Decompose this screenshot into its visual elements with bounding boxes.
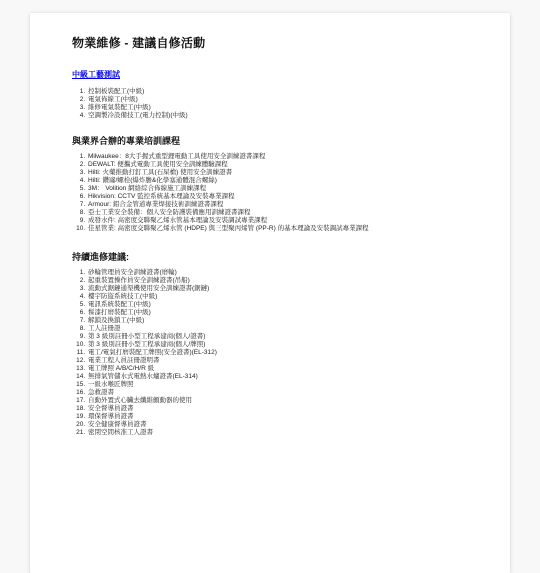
list-item: Armour: 鋁合金管道專業焊接技術訓練證書課程 [87, 201, 470, 209]
list-item: 工人註冊證 [87, 325, 470, 333]
document-page: 物業維修 - 建議自修活動 中級工藝測試 控制板裝配工(中級)電氣佈線工(中級)… [30, 13, 510, 405]
list-item: 電訊系統裝配工(中級) [87, 301, 470, 309]
list-item: 第 3 級別註冊小型工程承建商(個人/證書) [87, 333, 470, 341]
intermediate-trade-test-list: 控制板裝配工(中級)電氣佈線工(中級)維修電氣裝配工(中級)空調製冷設備技工(電… [72, 88, 470, 120]
list-item: 自動外置式心臟去纖維顫動器的使用 [87, 397, 470, 405]
list-item: 第 3 級別註冊小型工程承建商(個人/牌照) [87, 341, 470, 349]
list-item: 砂輪管理員安全訓練證書(磨輪) [87, 269, 470, 277]
list-item: Hilti: 火藥推動打釘工具(石屎槍) 使用安全訓練證書 [87, 169, 470, 177]
list-item: 解鎖及換鎖工(中級) [87, 317, 470, 325]
list-item: Hilti: 鑽窿/螺栓(爆炸膽&化學塞通體混合螺絲) [87, 177, 470, 185]
document-content: 物業維修 - 建議自修活動 中級工藝測試 控制板裝配工(中級)電氣佈線工(中級)… [30, 13, 510, 405]
list-item: 空調製冷設備技工(電力控制)(中級) [87, 112, 470, 120]
industry-courses-heading: 與業界合辦的專業培訓課程 [72, 134, 470, 147]
page-title: 物業維修 - 建議自修活動 [72, 34, 470, 51]
list-item: 無排氣管儲水式電熱水爐證書(EL-314) [87, 373, 470, 381]
intermediate-trade-test-link[interactable]: 中級工藝測試 [72, 69, 120, 80]
list-item: 電業工程人員註冊證明書 [87, 357, 470, 365]
list-item: 佳星管業: 高密度交聯聚乙烯水管 (HDPE) 與三型聚丙烯管 (PP-R) 的… [87, 225, 470, 233]
list-item: 電工/電氣打磨裝配工牌照(安全證書)(EL-312) [87, 349, 470, 357]
continuing-education-list: 砂輪管理員安全訓練證書(磨輪)起重裝置操作員安全訓練證書(吊船)流動式鋸鏈通渠機… [72, 269, 470, 405]
list-item: DEWALT: 便攜式電動工具使用安全訓練體驗課程 [87, 161, 470, 169]
list-item: Milwaukee：8大手握式重型鋰電動工具使用安全訓練證書課程 [87, 153, 470, 161]
list-item: 急救證書 [87, 389, 470, 397]
continuing-education-heading: 持續進修建議: [72, 250, 470, 263]
list-item: 電氣佈線工(中級) [87, 96, 470, 104]
list-item: 維修電氣裝配工(中級) [87, 104, 470, 112]
list-item: 3M： Volition 網絡綜合佈線施工訓練課程 [87, 185, 470, 193]
list-item: 電工牌照 A/B/C/H/R 級 [87, 365, 470, 373]
list-item: 流動式鋸鏈通渠機使用安全訓練證書(鋸鏈) [87, 285, 470, 293]
list-item: 起重裝置操作員安全訓練證書(吊船) [87, 277, 470, 285]
list-item: 成發水件: 高密度交聯聚乙烯水管基本理論及安裝調試專業課程 [87, 217, 470, 225]
list-item: Hikvision: CCTV 監控系統基本理論及安裝專業課程 [87, 193, 470, 201]
list-item: 控制板裝配工(中級) [87, 88, 470, 96]
list-item: 樓宇防盜系統技工(中級) [87, 293, 470, 301]
list-item: 髹漆打磨裝配工(中級) [87, 309, 470, 317]
industry-courses-list: Milwaukee：8大手握式重型鋰電動工具使用安全訓練證書課程DEWALT: … [72, 153, 470, 233]
list-item: 亞士工業安全裝備：個人安全防護裝備應用訓練證書課程 [87, 209, 470, 217]
list-item: 一級水喉匠牌照 [87, 381, 470, 389]
